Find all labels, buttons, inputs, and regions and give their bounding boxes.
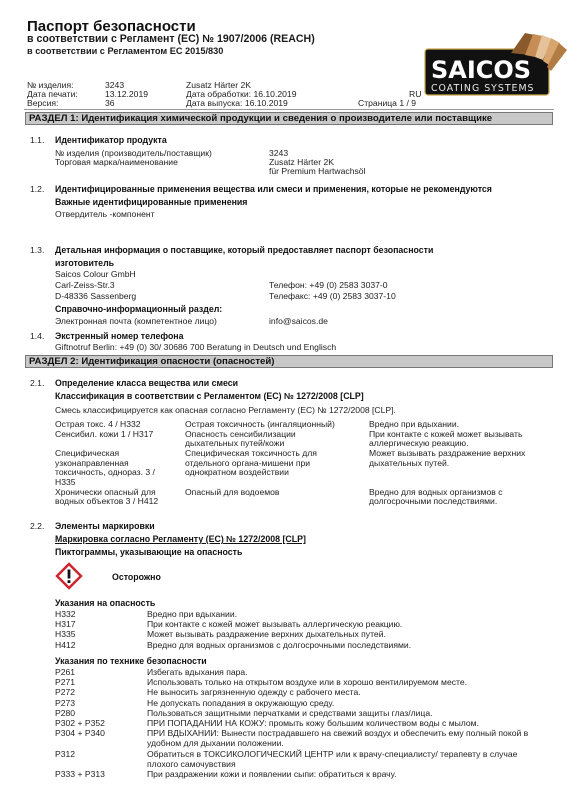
precaution-code: P302 + P352 <box>55 718 105 728</box>
precaution-text: ПРИ ПОПАДАНИИ НА КОЖУ: промыть кожу боль… <box>147 718 479 728</box>
hazard-text: Вредно при вдыхании. <box>147 609 237 619</box>
hazard-statements-label: Указания на опасность <box>55 598 155 608</box>
precaution-code: P271 <box>55 677 75 687</box>
saicos-logo: SAICOS COATING SYSTEMS <box>421 33 571 99</box>
version: 36 <box>105 99 115 108</box>
subsection-title: Детальная информация о поставщике, котор… <box>55 245 433 255</box>
manufacturer-label: изготовитель <box>55 258 114 268</box>
precaution-text: Пользоваться защитными перчатками и сред… <box>147 708 433 718</box>
emergency-phone: Giftnotruf Berlin: +49 (0) 30/ 30686 700… <box>55 342 336 352</box>
precaution-code: P333 + P313 <box>55 769 105 779</box>
hazard-category: Опасный для водоемов <box>185 487 279 497</box>
subsection-title: Идентифицированные применения вещества и… <box>55 184 492 194</box>
subsection-title: Экстренный номер телефона <box>55 331 184 341</box>
precautionary-statements-label: Указания по технике безопасности <box>55 656 207 666</box>
hazard-class: водных объектов 3 / H412 <box>55 496 158 506</box>
hazard-code: H332 <box>55 609 76 619</box>
section-number: 1.4. <box>30 331 44 341</box>
hazard-text: Может вызывать раздражение верхних дыхат… <box>147 629 386 639</box>
precaution-code: P273 <box>55 698 75 708</box>
hazard-description: дыхательных путей. <box>369 458 449 468</box>
svg-text:SAICOS: SAICOS <box>431 56 531 84</box>
field-value-2: für Premium Hartwachsöl <box>269 166 365 176</box>
version-label: Версия: <box>27 99 58 108</box>
precaution-code: P261 <box>55 667 75 677</box>
labeling-regulation: Маркировка согласно Регламенту (ЕС) № 12… <box>55 534 306 544</box>
phone: Телефон: +49 (0) 2583 3037-0 <box>269 280 388 290</box>
hazard-code: H335 <box>55 629 76 639</box>
section-1-header: РАЗДЕЛ 1: Идентификация химической проду… <box>25 112 553 125</box>
hazard-description: Вредно при вдыхании. <box>369 419 459 429</box>
hazard-class: Сенсибил. кожи 1 / H317 <box>55 429 153 439</box>
hazard-category: дыхательных путей/кожи <box>185 438 284 448</box>
precaution-text: Избегать вдыхания пара. <box>147 667 248 677</box>
exclamation-mark-pictogram-icon <box>55 562 83 590</box>
city-address: D-48336 Sassenberg <box>55 291 136 301</box>
page-number: Страница 1 / 9 <box>358 99 416 108</box>
pictograms-label: Пиктограммы, указывающие на опасность <box>55 547 242 557</box>
section-number: 2.1. <box>30 378 44 388</box>
email-label: Электронная почта (компетентное лицо) <box>55 316 217 326</box>
street-address: Carl-Zeiss-Str.3 <box>55 280 115 290</box>
header-divider <box>24 109 554 110</box>
signal-word: Осторожно <box>112 572 161 582</box>
precaution-text: При раздражении кожи и появлении сыпи: о… <box>147 769 397 779</box>
info-section-label: Справочно-информационный раздел: <box>55 304 222 314</box>
hazard-code: H412 <box>55 640 76 650</box>
hazard-category: однократном воздействии <box>185 467 289 477</box>
precaution-text: плохого самочувствия <box>147 759 236 769</box>
precaution-text: Использовать только на открытом воздухе … <box>147 677 467 687</box>
section-number: 2.2. <box>30 521 44 531</box>
hazard-category: Острая токсичность (ингаляционный) <box>185 419 335 429</box>
hazard-code: H317 <box>55 619 76 629</box>
svg-text:COATING SYSTEMS: COATING SYSTEMS <box>431 83 535 94</box>
subsection-title: Элементы маркировки <box>55 521 155 531</box>
fax: Телефакс: +49 (0) 2583 3037-10 <box>269 291 396 301</box>
precaution-code: P280 <box>55 708 75 718</box>
hazard-description: аллергическую реакцию. <box>369 438 469 448</box>
precaution-text: Не выносить загрязненную одежду с рабоче… <box>147 687 361 697</box>
subsection-title: Определение класса вещества или смеси <box>55 378 238 388</box>
subsection-title: Идентификатор продукта <box>55 135 167 145</box>
company-name: Saicos Colour GmbH <box>55 269 136 279</box>
hazard-class: H335 <box>55 477 76 487</box>
precaution-code: P304 + P340 <box>55 728 105 738</box>
precaution-text: Обратиться в ТОКСИКОЛОГИЧЕСКИЙ ЦЕНТР или… <box>147 749 517 759</box>
hazard-description: долгосрочными последствиями. <box>369 496 497 506</box>
email-link[interactable]: info@saicos.de <box>269 316 328 326</box>
field-label: Торговая марка/наименование <box>55 157 178 167</box>
precaution-code: P312 <box>55 749 75 759</box>
regulation-subtitle-2: в соответствии с Регламентом ЕС 2015/830 <box>27 46 223 56</box>
precaution-text: Не допускать попадания в окружающую сред… <box>147 698 334 708</box>
identified-use: Отвердитель -компонент <box>55 209 155 219</box>
section-2-header: РАЗДЕЛ 2: Идентификация опасности (опасн… <box>25 355 553 368</box>
subsection-subtitle: Классификация в соответствии с Регламент… <box>55 391 364 401</box>
issue-date: Дата выпуска: 16.10.2019 <box>186 99 288 108</box>
hazard-text: Вредно для водных организмов с долгосроч… <box>147 640 411 650</box>
section-number: 1.2. <box>30 184 44 194</box>
section-number: 1.3. <box>30 245 44 255</box>
section-number: 1.1. <box>30 135 44 145</box>
precaution-code: P272 <box>55 687 75 697</box>
classification-statement: Смесь классифицируется как опасная согла… <box>55 405 396 415</box>
subsection-subtitle: Важные идентифицированные применения <box>55 197 247 207</box>
precaution-text: ПРИ ВДЫХАНИИ: Вынести пострадавшего на с… <box>147 728 528 738</box>
precaution-text: удобном для дыхании положении. <box>147 738 284 748</box>
regulation-subtitle: в соответствии с Регламент (ЕС) № 1907/2… <box>27 33 315 45</box>
hazard-class: Острая токс. 4 / H332 <box>55 419 141 429</box>
hazard-text: При контакте с кожей может вызывать алле… <box>147 619 402 629</box>
